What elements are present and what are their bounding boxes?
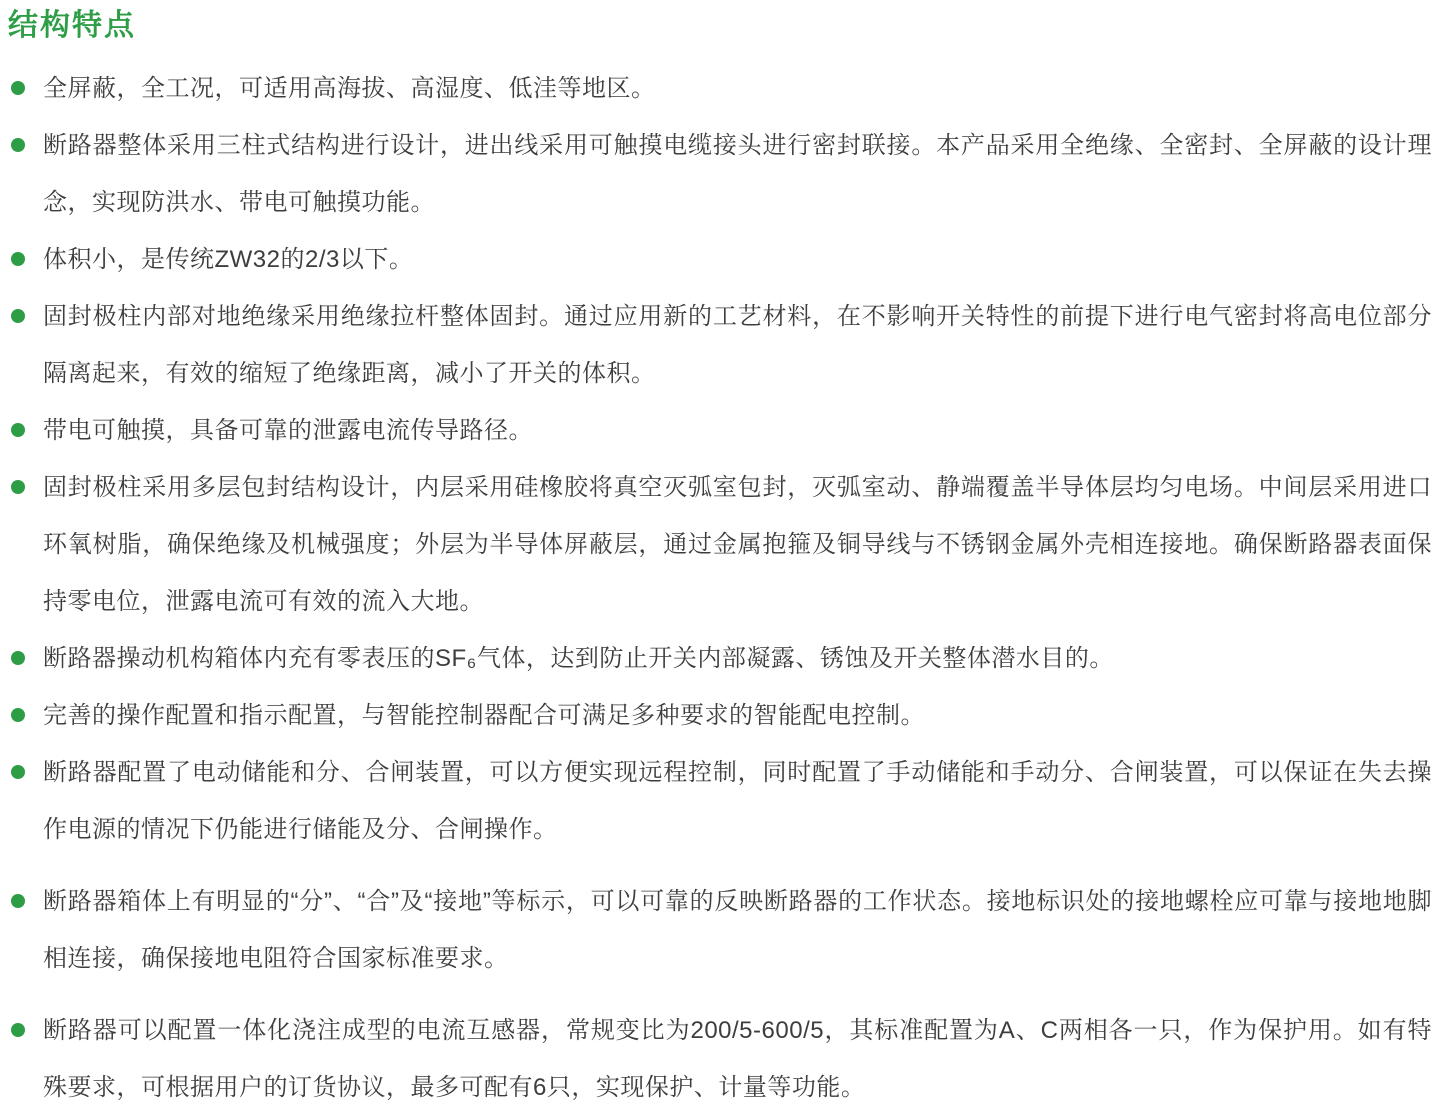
feature-list: 全屏蔽，全工况，可适用高海拔、高湿度、低洼等地区。 断路器整体采用三柱式结构进行… [8, 60, 1432, 1114]
page-title: 结构特点 [8, 6, 1432, 46]
feature-text: 固封极柱采用多层包封结构设计，内层采用硅橡胶将真空灭弧室包封，灭弧室动、静端覆盖… [43, 459, 1432, 630]
bullet-icon [11, 894, 25, 908]
feature-item-2: 断路器整体采用三柱式结构进行设计，进出线采用可触摸电缆接头进行密封联接。本产品采… [8, 117, 1432, 231]
feature-text: 固封极柱内部对地绝缘采用绝缘拉杆整体固封。通过应用新的工艺材料，在不影响开关特性… [43, 288, 1432, 402]
bullet-icon [11, 765, 25, 779]
feature-item-7: 断路器操动机构箱体内充有零表压的SF₆气体，达到防止开关内部凝露、锈蚀及开关整体… [8, 630, 1432, 687]
bullet-icon [11, 651, 25, 665]
feature-item-11: 断路器可以配置一体化浇注成型的电流互感器，常规变比为200/5-600/5，其标… [8, 1002, 1432, 1114]
bullet-icon [11, 252, 25, 266]
document-page: 结构特点 全屏蔽，全工况，可适用高海拔、高湿度、低洼等地区。 断路器整体采用三柱… [0, 0, 1440, 1114]
feature-item-6: 固封极柱采用多层包封结构设计，内层采用硅橡胶将真空灭弧室包封，灭弧室动、静端覆盖… [8, 459, 1432, 630]
bullet-icon [11, 81, 25, 95]
feature-text: 全屏蔽，全工况，可适用高海拔、高湿度、低洼等地区。 [43, 60, 1432, 117]
feature-text: 断路器箱体上有明显的“分”、“合”及“接地”等标示，可以可靠的反映断路器的工作状… [43, 873, 1432, 987]
feature-item-3: 体积小，是传统ZW32的2/3以下。 [8, 231, 1432, 288]
feature-item-9: 断路器配置了电动储能和分、合闸装置，可以方便实现远程控制，同时配置了手动储能和手… [8, 744, 1432, 858]
feature-item-8: 完善的操作配置和指示配置，与智能控制器配合可满足多种要求的智能配电控制。 [8, 687, 1432, 744]
bullet-icon [11, 1023, 25, 1037]
feature-text: 断路器可以配置一体化浇注成型的电流互感器，常规变比为200/5-600/5，其标… [43, 1002, 1432, 1114]
bullet-icon [11, 138, 25, 152]
bullet-icon [11, 708, 25, 722]
feature-text: 断路器整体采用三柱式结构进行设计，进出线采用可触摸电缆接头进行密封联接。本产品采… [43, 117, 1432, 231]
feature-item-10: 断路器箱体上有明显的“分”、“合”及“接地”等标示，可以可靠的反映断路器的工作状… [8, 873, 1432, 987]
feature-text: 断路器操动机构箱体内充有零表压的SF₆气体，达到防止开关内部凝露、锈蚀及开关整体… [43, 630, 1432, 687]
bullet-icon [11, 480, 25, 494]
feature-text: 断路器配置了电动储能和分、合闸装置，可以方便实现远程控制，同时配置了手动储能和手… [43, 744, 1432, 858]
feature-text: 体积小，是传统ZW32的2/3以下。 [43, 231, 1432, 288]
feature-item-5: 带电可触摸，具备可靠的泄露电流传导路径。 [8, 402, 1432, 459]
feature-item-1: 全屏蔽，全工况，可适用高海拔、高湿度、低洼等地区。 [8, 60, 1432, 117]
feature-item-4: 固封极柱内部对地绝缘采用绝缘拉杆整体固封。通过应用新的工艺材料，在不影响开关特性… [8, 288, 1432, 402]
feature-text: 完善的操作配置和指示配置，与智能控制器配合可满足多种要求的智能配电控制。 [43, 687, 1432, 744]
bullet-icon [11, 423, 25, 437]
feature-text: 带电可触摸，具备可靠的泄露电流传导路径。 [43, 402, 1432, 459]
bullet-icon [11, 309, 25, 323]
